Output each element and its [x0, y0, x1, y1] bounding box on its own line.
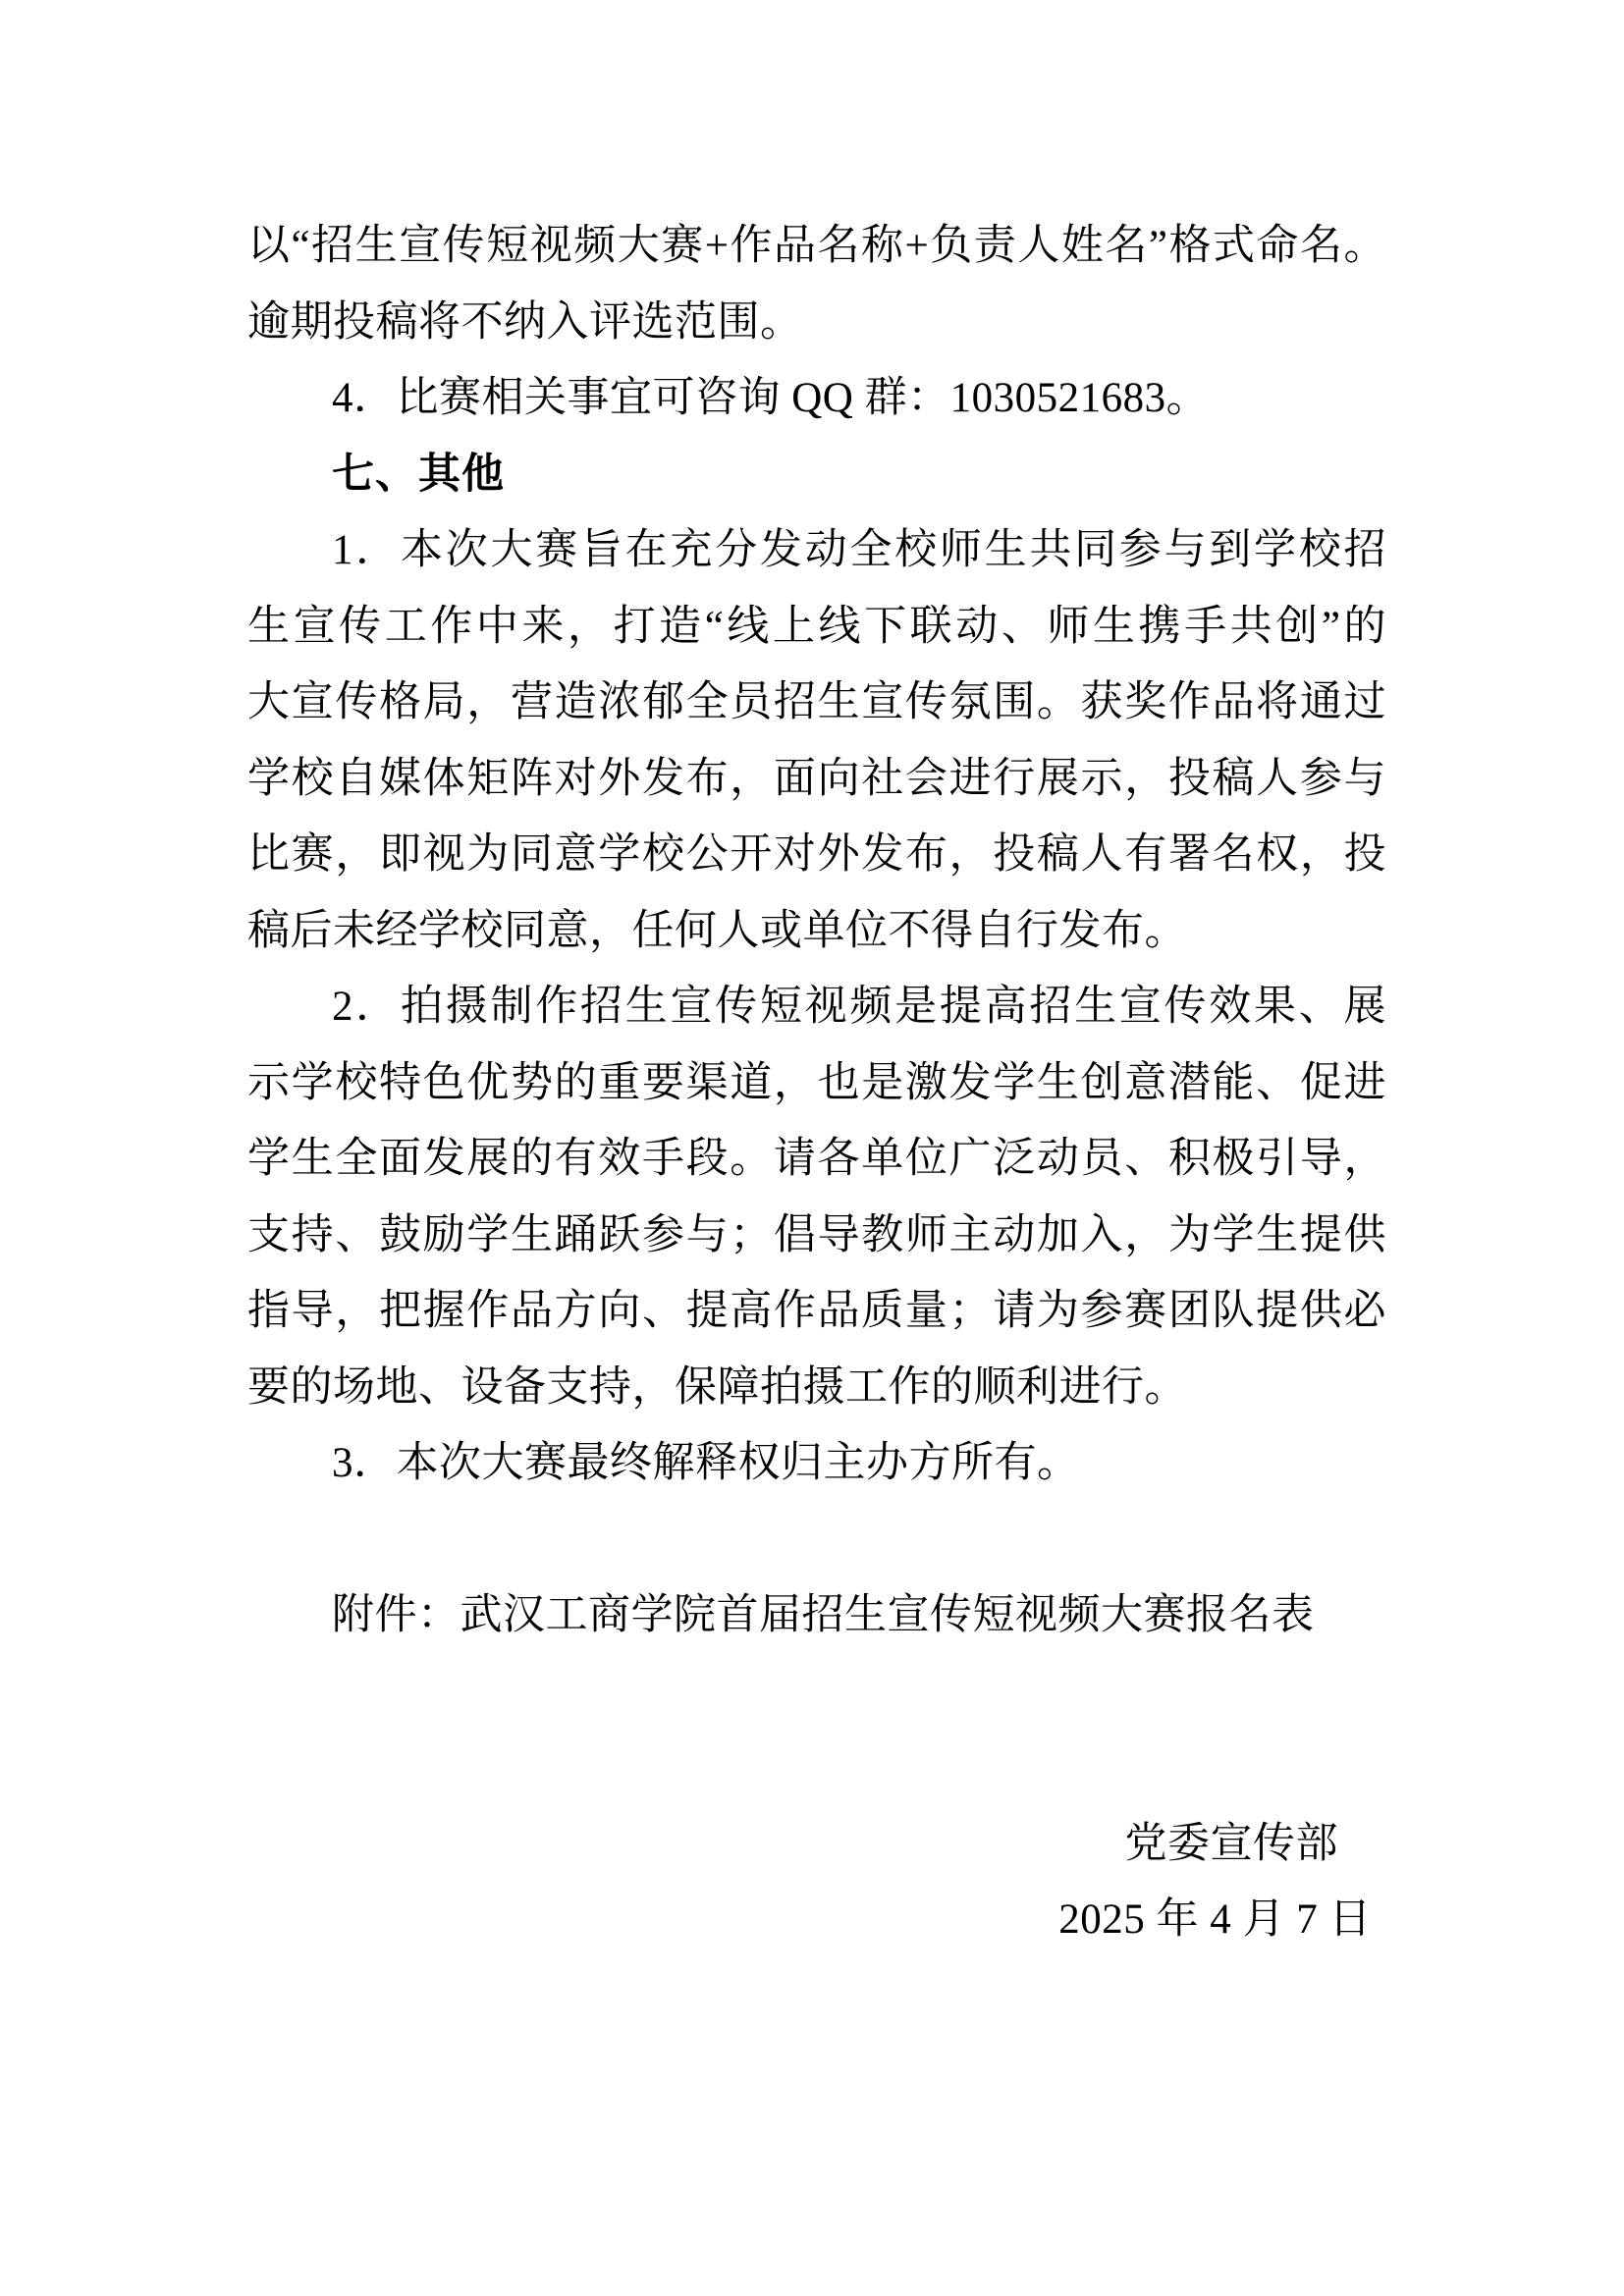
body-line-item2-3: 学生全面发展的有效手段。请各单位广泛动员、积极引导， [247, 1121, 1386, 1198]
body-line-item2-1: 2．拍摄制作招生宣传短视频是提高招生宣传效果、展 [247, 969, 1386, 1045]
body-line-item1-3: 大宣传格局，营造浓郁全员招生宣传氛围。获奖作品将通过 [247, 665, 1386, 741]
body-line-qq-contact: 4．比赛相关事宜可咨询 QQ 群：1030521683。 [247, 360, 1386, 437]
body-line-item2-4: 支持、鼓励学生踊跃参与；倡导教师主动加入，为学生提供 [247, 1198, 1386, 1274]
blank-line [247, 1730, 1386, 1806]
body-line-item3: 3．本次大赛最终解释权归主办方所有。 [247, 1425, 1386, 1502]
attachment-line: 附件：武汉工商学院首届招生宣传短视频大赛报名表 [247, 1577, 1386, 1654]
body-line-item1-2: 生宣传工作中来，打造“线上线下联动、师生携手共创”的 [247, 589, 1386, 666]
body-line-item1-5: 比赛，即视为同意学校公开对外发布，投稿人有署名权，投 [247, 817, 1386, 893]
body-line-item1-6: 稿后未经学校同意，任何人或单位不得自行发布。 [247, 893, 1386, 970]
body-line-item2-5: 指导，把握作品方向、提高作品质量；请为参赛团队提供必 [247, 1273, 1386, 1350]
body-line-item1-4: 学校自媒体矩阵对外发布，面向社会进行展示，投稿人参与 [247, 741, 1386, 818]
body-line-item2-6: 要的场地、设备支持，保障拍摄工作的顺利进行。 [247, 1350, 1386, 1426]
body-line-item2-2: 示学校特色优势的重要渠道，也是激发学生创意潜能、促进 [247, 1045, 1386, 1122]
section-heading-other: 七、其他 [247, 437, 1386, 513]
document-page: 以“招生宣传短视频大赛+作品名称+负责人姓名”格式命名。 逾期投稿将不纳入评选范… [0, 0, 1624, 2296]
signature-date: 2025 年 4 月 7 日 [247, 1882, 1386, 1958]
blank-line [247, 1502, 1386, 1578]
document-text-block: 以“招生宣传短视频大赛+作品名称+负责人姓名”格式命名。 逾期投稿将不纳入评选范… [247, 208, 1386, 1958]
body-line-overdue-notice: 逾期投稿将不纳入评选范围。 [247, 285, 1386, 361]
signature-department: 党委宣传部 [247, 1806, 1386, 1883]
blank-line [247, 1654, 1386, 1731]
body-line-naming-format: 以“招生宣传短视频大赛+作品名称+负责人姓名”格式命名。 [247, 208, 1386, 285]
body-line-item1-1: 1．本次大赛旨在充分发动全校师生共同参与到学校招 [247, 512, 1386, 589]
